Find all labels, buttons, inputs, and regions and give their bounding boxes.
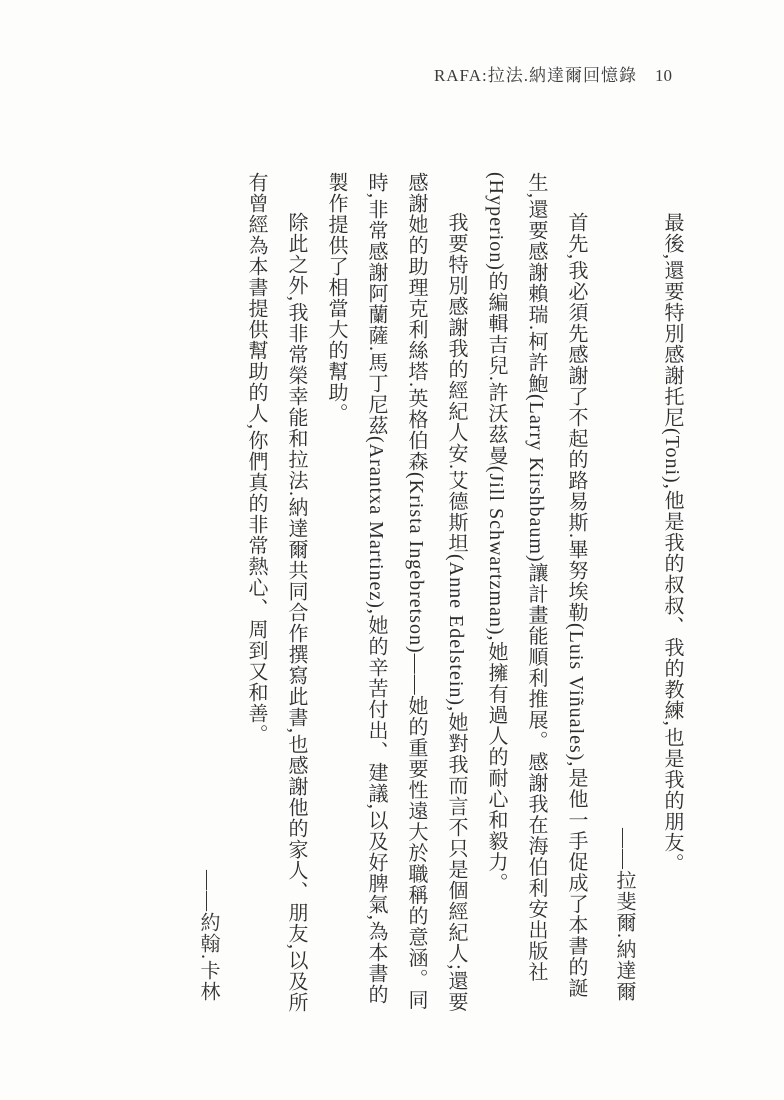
- paragraph: 除此之外,我非常榮幸能和拉法.納達爾共同合作撰寫此書,也感謝他的家人、朋友,以及…: [236, 172, 316, 1024]
- page-number: 10: [655, 66, 672, 85]
- paragraph: 首先,我必須先感謝了不起的路易斯.畢努埃勒(Luis Viñuales),是他一…: [476, 172, 596, 1024]
- vertical-text-block: 最後,還要特別感謝托尼(Toni),他是我的叔叔、我的教練,也是我的朋友。——拉…: [180, 172, 692, 1024]
- signature-line: ——拉斐爾.納達爾: [604, 172, 644, 1024]
- running-title: RAFA:拉法.納達爾回憶錄: [434, 66, 637, 85]
- paragraph: 最後,還要特別感謝托尼(Toni),他是我的叔叔、我的教練,也是我的朋友。: [652, 172, 692, 1024]
- book-page: RAFA:拉法.納達爾回憶錄10 最後,還要特別感謝托尼(Toni),他是我的叔…: [0, 0, 784, 1100]
- page-header: RAFA:拉法.納達爾回憶錄10: [434, 61, 672, 86]
- paragraph: 我要特別感謝我的經紀人安.艾德斯坦(Anne Edelstein),她對我而言不…: [316, 172, 476, 1024]
- signature-line: ——約翰.卡林: [188, 172, 228, 1024]
